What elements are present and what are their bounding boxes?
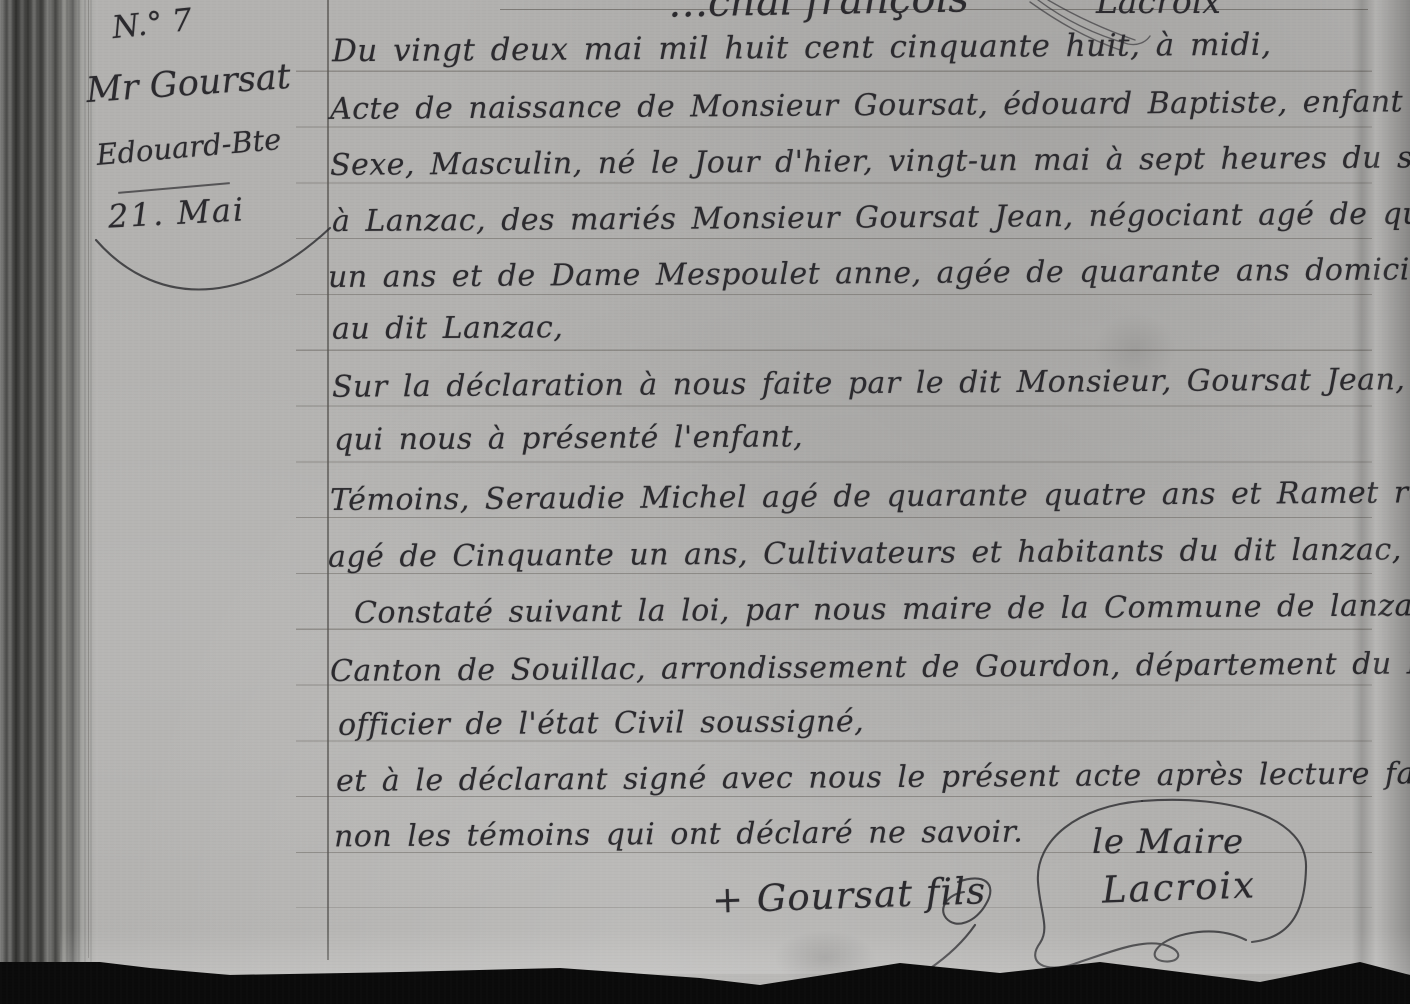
manuscript-line: Sur la déclaration à nous faite par le d… [332, 362, 1406, 404]
mayor-signature: Lacroix [1101, 863, 1256, 911]
manuscript-line: Acte de naissance de Monsieur Goursat, é… [330, 84, 1410, 127]
manuscript-line: agé de Cinquante un ans, Cultivateurs et… [328, 532, 1402, 574]
margin-guide-line [88, 0, 89, 958]
manuscript-line: au dit Lanzac, [332, 310, 564, 347]
manuscript-line: Témoins, Seraudie Michel agé de quarante… [330, 475, 1410, 518]
manuscript-line: à Lanzac, des mariés Monsieur Goursat Je… [332, 196, 1410, 239]
mayor-title: le Maire [1092, 822, 1244, 862]
manuscript-line: Du vingt deux mai mil huit cent cinquant… [332, 27, 1272, 70]
act-date: 21. Mai [107, 190, 246, 235]
vertical-rule [327, 0, 329, 960]
declarant-signature: + Goursat fils [711, 869, 986, 922]
paper-stain [1090, 310, 1180, 390]
manuscript-line: non les témoins qui ont déclaré ne savoi… [334, 815, 1024, 855]
margin-swoosh-flourish [96, 228, 330, 290]
manuscript-line: un ans et de Dame Mespoulet anne, agée d… [328, 252, 1410, 295]
registrant-name-line1: Mr Goursat [85, 57, 292, 111]
register-page-scan: …chal françois Lacroix N.° 7 Mr Goursat … [0, 0, 1410, 1004]
manuscript-line: qui nous à présenté l'enfant, [334, 419, 803, 457]
page-fold-right-edge [1352, 0, 1410, 1004]
act-number: N.° 7 [110, 2, 193, 46]
manuscript-line: officier de l'état Civil soussigné, [338, 704, 864, 743]
manuscript-line: et à le déclarant signé avec nous le pré… [336, 756, 1410, 799]
previous-act-signature-right: Lacroix [1096, 0, 1221, 21]
binding-streaks [0, 0, 96, 1004]
manuscript-line: Constaté suivant la loi, par nous maire … [354, 588, 1410, 631]
previous-act-signature-left: …chal françois [668, 0, 970, 27]
manuscript-line: Canton de Souillac, arrondissement de Go… [330, 646, 1410, 689]
page-bottom-edge [60, 928, 1410, 974]
manuscript-line: Sexe, Masculin, né le Jour d'hier, vingt… [330, 140, 1410, 183]
registrant-name-line2: Edouard-Bte [95, 122, 283, 172]
